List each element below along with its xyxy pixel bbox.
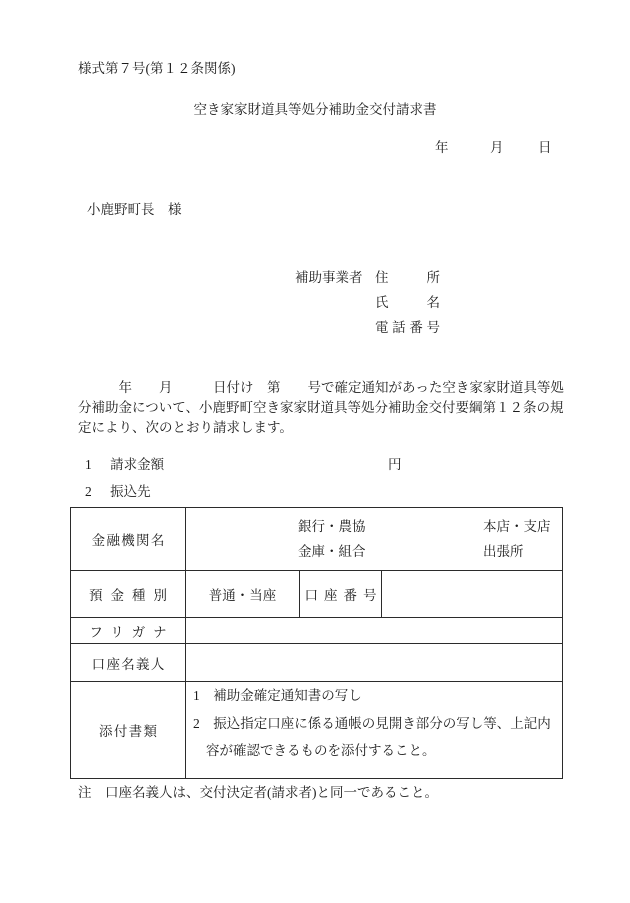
body-paragraph: 年 月 日付け 第 号で確定通知があった空き家家財道具等処 分補助金について、小… [78,378,578,438]
billing-amount-label: 請求金額 [110,457,164,472]
date-day-label: 日 [538,140,552,155]
account-holder-label: 口座名義人 [92,653,166,673]
deposit-type-options-cell: 普通・当座 [185,571,299,617]
document-title: 空き家家財道具等処分補助金交付請求書 [0,102,630,118]
furigana-label: フリガナ [89,621,174,641]
account-holder-value-cell [185,644,562,681]
furigana-label-cell: フリガナ [71,618,185,643]
table-row-deposit: 預金種別 普通・当座 口座番号 [71,570,562,617]
account-number-label: 口座番号 [305,584,383,604]
item-1-number: 1 [85,457,92,473]
attachments-label-cell: 添付書類 [71,682,185,778]
footnote: 注 口座名義人は、交付決定者(請求者)と同一であること。 [78,785,438,801]
transfer-destination-label: 振込先 [110,484,151,499]
item-transfer-destination: 2 振込先 [85,484,151,500]
body-line-1: 年 月 日付け 第 号で確定通知があった空き家家財道具等処 [78,378,578,398]
deposit-type-options: 普通・当座 [209,584,277,604]
form-number: 様式第７号(第１２条関係) [78,61,236,77]
account-number-value-cell [381,571,562,617]
account-holder-label-cell: 口座名義人 [71,644,185,681]
applicant-phone-label: 電話番号 [375,315,440,340]
item-2-number: 2 [85,484,92,500]
applicant-role-label: 補助事業者 [295,265,375,290]
attachment-item-1: 1 補助金確定通知書の写し [193,682,562,710]
branch-type-line-2: 出張所 [483,539,551,564]
bank-type-options: 銀行・農協 金庫・組合 [298,514,366,564]
body-line-3: 定により、次のとおり請求します。 [78,418,578,438]
applicant-block: 補助事業者 住所 氏名 電話番号 [295,265,440,340]
deposit-type-label-cell: 預金種別 [71,571,185,617]
body-line-2: 分補助金について、小鹿野町空き家家財道具等処分補助金交付要綱第１２条の規 [78,398,578,418]
item-billing-amount: 1 請求金額 円 [85,457,164,473]
bank-name-value-cell: 銀行・農協 金庫・組合 本店・支店 出張所 [185,508,562,570]
branch-type-options: 本店・支店 出張所 [483,514,551,564]
applicant-name-label: 氏名 [375,290,440,315]
bank-type-line-2: 金庫・組合 [298,539,366,564]
table-row-attachments: 添付書類 1 補助金確定通知書の写し 2 振込指定口座に係る通帳の見開き部分の写… [71,681,562,778]
attachments-content-cell: 1 補助金確定通知書の写し 2 振込指定口座に係る通帳の見開き部分の写し等、上記… [185,682,562,778]
attachment-item-2: 2 振込指定口座に係る通帳の見開き部分の写し等、上記内 [193,710,562,738]
date-year-label: 年 [435,140,449,155]
yen-unit-label: 円 [388,457,402,473]
document-page: 様式第７号(第１２条関係) 空き家家財道具等処分補助金交付請求書 年 月 日 小… [0,0,630,903]
addressee: 小鹿野町長 様 [87,202,182,218]
attachment-item-2-continued: 容が確認できるものを添付すること。 [193,737,562,765]
date-month-label: 月 [490,140,504,155]
account-number-label-cell: 口座番号 [299,571,381,617]
date-line: 年 月 日 [0,140,630,156]
deposit-type-label: 預金種別 [89,584,175,604]
attachments-label: 添付書類 [99,720,158,740]
table-row-bank: 金融機関名 銀行・農協 金庫・組合 本店・支店 出張所 [71,508,562,570]
bank-name-label: 金融機関名 [92,529,166,549]
furigana-value-cell [185,618,562,643]
table-row-furigana: フリガナ [71,617,562,643]
applicant-address-label: 住所 [375,265,440,290]
table-row-account-holder: 口座名義人 [71,643,562,681]
bank-name-label-cell: 金融機関名 [71,508,185,570]
branch-type-line-1: 本店・支店 [483,514,551,539]
bank-transfer-table: 金融機関名 銀行・農協 金庫・組合 本店・支店 出張所 預金種別 普通・当座 [70,507,563,779]
bank-type-line-1: 銀行・農協 [298,514,366,539]
